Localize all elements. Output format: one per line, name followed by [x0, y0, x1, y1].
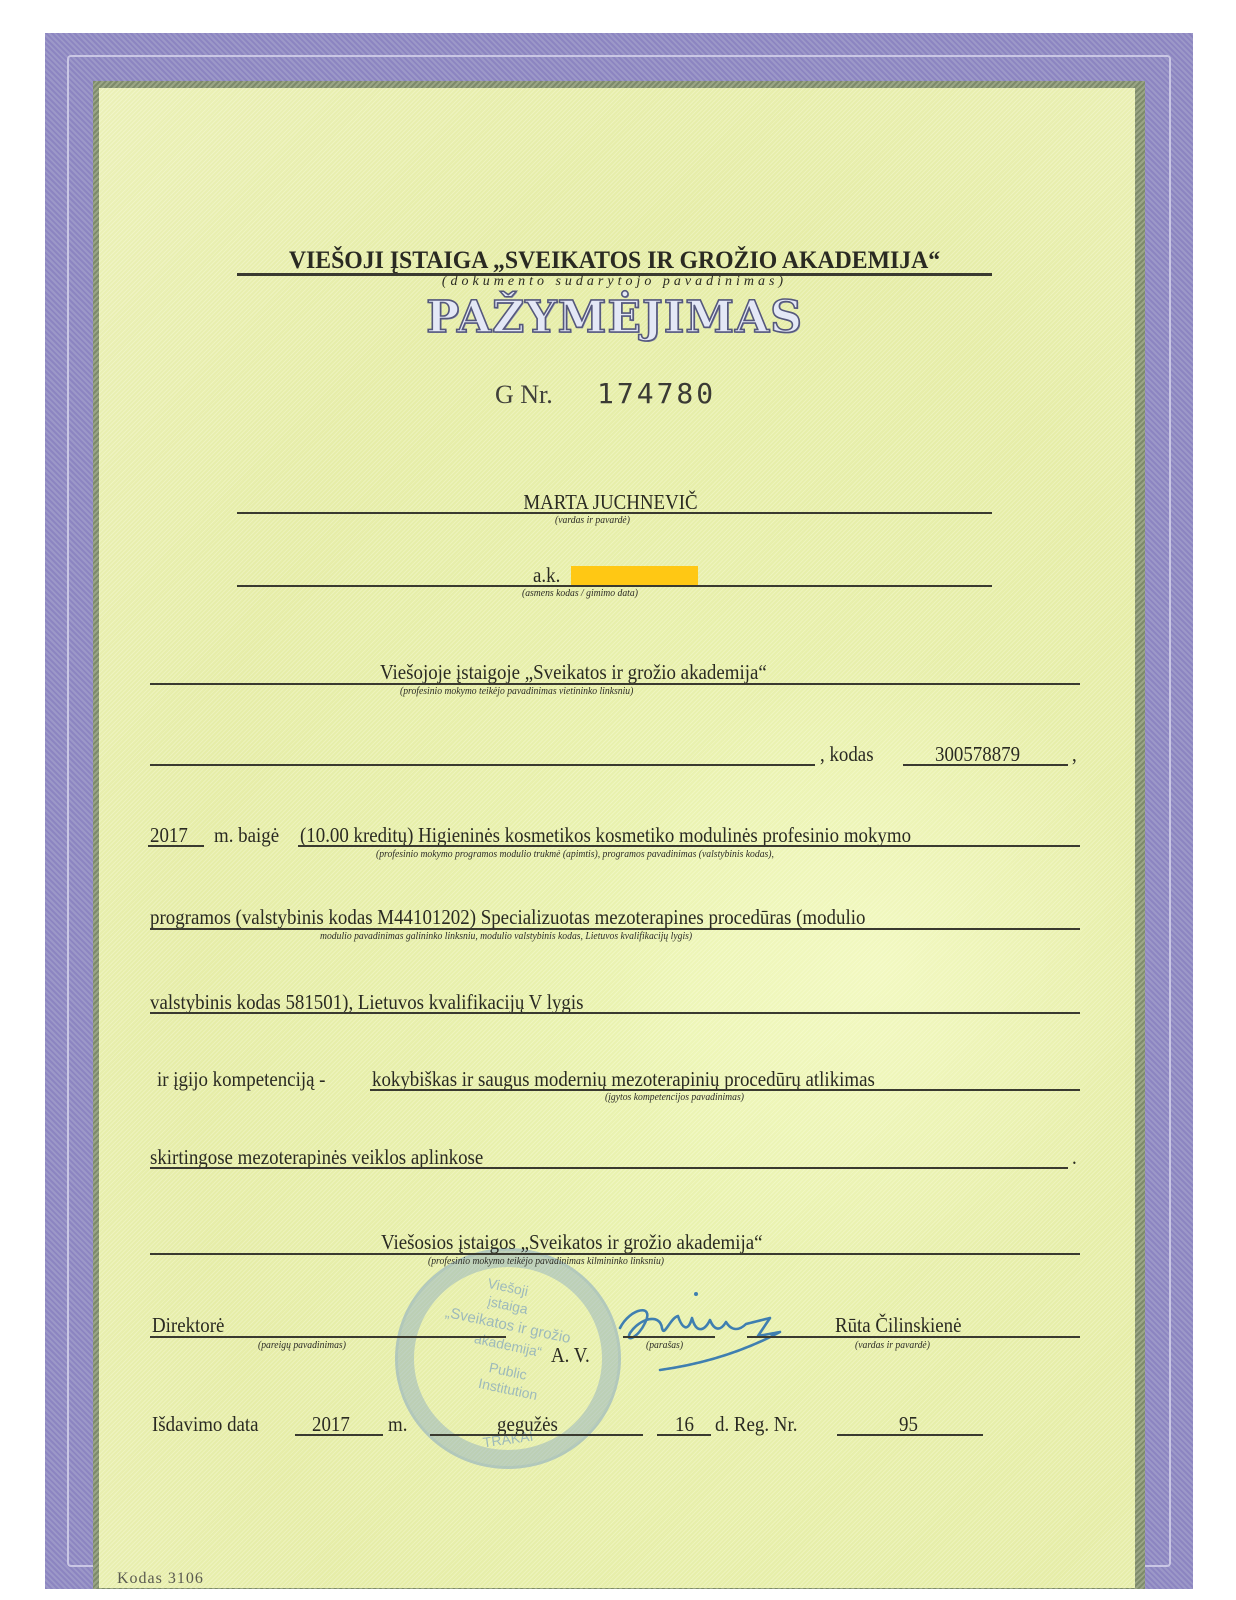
issue-date-label: Išdavimo data — [152, 1412, 259, 1437]
provider-name-genitive: Viešosios įstaigos „Sveikatos ir grožio … — [381, 1230, 763, 1255]
completion-year-suffix: m. baigė — [214, 823, 279, 848]
provider-genitive-caption: (profesinio mokymo teikėjo pavadinimas k… — [428, 1256, 664, 1267]
serial-number: 174780 — [597, 377, 716, 410]
provider-code-label: , kodas — [820, 742, 874, 767]
competence-trailing: . — [1072, 1145, 1077, 1170]
document-title: PAŽYMĖJIMAS — [237, 292, 992, 343]
holder-name-line — [237, 512, 992, 514]
registration-number-line — [837, 1434, 983, 1436]
program-line-2-caption: modulio pavadinimas galininko linksniu, … — [320, 931, 692, 942]
issue-day-line — [657, 1434, 711, 1436]
issue-year-line — [295, 1434, 383, 1436]
program-line-2-underline — [150, 928, 1080, 930]
serial-prefix: G Nr. — [495, 380, 553, 410]
signatory-name: Rūta Čilinskienė — [835, 1313, 962, 1338]
issue-month-line — [430, 1434, 643, 1436]
issue-year-suffix: m. — [388, 1412, 407, 1437]
form-code: Kodas 3106 — [117, 1570, 204, 1588]
competence-line-2-underline — [150, 1167, 1068, 1169]
provider-code-line — [903, 764, 1068, 766]
personal-code-line — [237, 585, 992, 587]
program-line-1-caption: (profesinio mokymo programos modulio tru… — [376, 849, 774, 860]
signatory-position: Direktorė — [152, 1313, 224, 1338]
seal-mark: A. V. — [551, 1343, 590, 1368]
program-line-2: programos (valstybinis kodas M44101202) … — [150, 905, 865, 930]
competence-caption: (įgytos kompetencijos pavadinimas) — [605, 1092, 744, 1103]
issuer-caption: (dokumento sudarytojo pavadinimas) — [237, 274, 992, 290]
provider-blank-line — [150, 764, 815, 766]
competence-label: ir įgijo kompetenciją - — [157, 1067, 325, 1092]
position-line — [150, 1336, 506, 1338]
provider-name-caption: (profesinio mokymo teikėjo pavadinimas v… — [400, 686, 633, 697]
program-line-3-underline — [150, 1012, 1080, 1014]
handwritten-signature — [600, 1288, 800, 1378]
signature-line — [623, 1336, 715, 1338]
redacted-personal-code — [571, 566, 698, 585]
provider-code-trailing: , — [1072, 742, 1077, 767]
signatory-name-line — [747, 1336, 1080, 1338]
issue-day-suffix: d. Reg. Nr. — [715, 1412, 797, 1437]
competence-line-1-underline — [370, 1089, 1080, 1091]
signatory-name-caption: (vardas ir pavardė) — [855, 1340, 930, 1351]
issuer-header: VIEŠOJI ĮSTAIGA „SVEIKATOS IR GROŽIO AKA… — [256, 247, 973, 275]
provider-genitive-line — [150, 1253, 1080, 1255]
personal-code-caption: (asmens kodas / gimimo data) — [522, 588, 638, 599]
position-caption: (pareigų pavadinimas) — [258, 1340, 346, 1351]
provider-name-locative: Viešojoje įstaigoje „Sveikatos ir grožio… — [380, 660, 767, 685]
completion-year-line — [148, 845, 204, 847]
signature-caption: (parašas) — [646, 1340, 683, 1351]
provider-name-line — [150, 683, 1080, 685]
program-line-1-underline — [298, 845, 1080, 847]
holder-name-caption: (vardas ir pavardė) — [555, 515, 630, 526]
